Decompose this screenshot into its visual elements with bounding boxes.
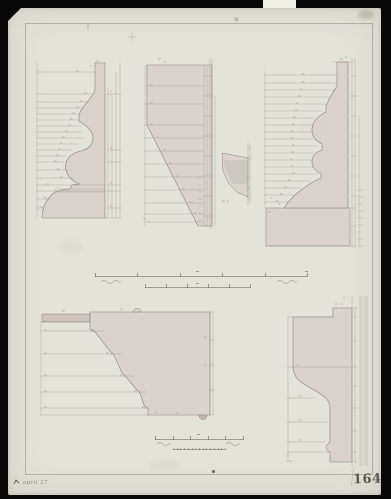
scale-tick	[180, 273, 181, 277]
scale-tick	[173, 448, 174, 451]
inventory-inscription: april 27	[13, 479, 48, 486]
ink-check-mark	[13, 479, 20, 486]
wash-dark-band	[42, 314, 90, 322]
scale-label-scribble	[100, 279, 124, 285]
scale-tick	[199, 448, 200, 451]
scale-bar-lower	[155, 439, 243, 440]
wash	[284, 62, 348, 208]
drawing-pedestal-base-profile	[283, 296, 374, 466]
scale-tick	[225, 436, 226, 440]
scale-bar-upper-long	[95, 276, 307, 277]
scale-tick	[195, 448, 196, 451]
scale-tick	[225, 448, 226, 451]
wash	[90, 312, 210, 415]
scale-number-mark	[196, 283, 199, 284]
scale-tick	[307, 273, 308, 277]
wash	[42, 63, 105, 218]
page-number-stamp: 164	[353, 472, 382, 488]
drawing-large-cyma-profile	[140, 56, 220, 232]
scale-number-mark	[197, 434, 200, 435]
scale-tick	[210, 448, 211, 451]
wash-base	[266, 208, 350, 246]
stain	[150, 460, 180, 470]
scale-tick	[137, 273, 138, 277]
scale-tick	[218, 448, 219, 451]
scale-tick	[250, 284, 251, 288]
ink-dot	[212, 470, 215, 473]
scale-label-scribble	[156, 441, 172, 446]
drawing-stepped-cornice-profile	[36, 305, 218, 423]
scale-tick	[95, 273, 96, 277]
scale-tick	[187, 284, 188, 288]
scale-tick	[180, 448, 181, 451]
frame-tick-mark	[85, 23, 91, 30]
cross-mark	[128, 33, 136, 41]
scale-tick	[208, 436, 209, 440]
scale-tick	[192, 448, 193, 451]
scale-tick	[221, 448, 222, 451]
top-bump	[133, 308, 141, 312]
scale-tick	[173, 436, 174, 440]
scale-label-scribble	[225, 441, 241, 446]
scale-tick	[206, 448, 207, 451]
bottom-bump	[199, 415, 207, 420]
wash	[147, 65, 212, 226]
scale-tick	[177, 448, 178, 451]
scale-tick	[243, 436, 244, 440]
scale-tick	[184, 448, 185, 451]
drawing-cornice-moulding-profile	[32, 58, 130, 224]
scale-bar-lower-fine	[173, 449, 225, 450]
scale-tick	[145, 284, 146, 288]
scanned-plate: april 27 164	[0, 0, 391, 499]
stain	[60, 240, 82, 254]
scale-tick	[222, 273, 223, 277]
scale-tick	[265, 273, 266, 277]
scale-tick	[214, 448, 215, 451]
scale-tick	[190, 436, 191, 440]
scale-tick	[188, 448, 189, 451]
wash-fascia	[360, 296, 367, 466]
scale-tick	[229, 284, 230, 288]
scale-tick	[208, 284, 209, 288]
scale-label-scribble	[276, 279, 300, 285]
scale-tick	[166, 284, 167, 288]
wash	[293, 308, 352, 462]
scale-tick	[203, 448, 204, 451]
scale-tick	[155, 436, 156, 440]
drawing-small-hatched-moulding	[220, 143, 255, 208]
stain	[358, 10, 374, 19]
inscription-text: april 27	[23, 480, 48, 486]
scale-number-mark	[196, 271, 199, 272]
scale-bar-upper-short	[145, 287, 250, 288]
drawing-complex-cornice-profile	[262, 56, 374, 250]
speck	[235, 18, 238, 21]
scale-number-mark	[305, 271, 308, 272]
